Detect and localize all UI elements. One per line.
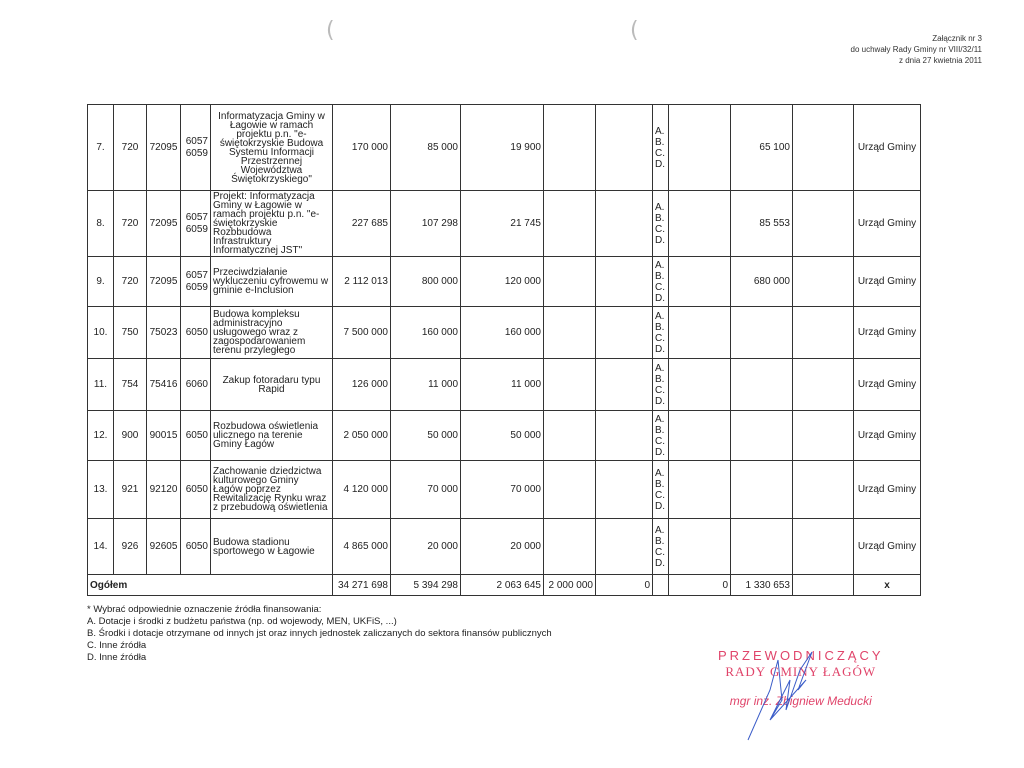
row-task-name: Budowa kompleksu administracyjno usługow… bbox=[211, 307, 333, 359]
row-col-e bbox=[669, 461, 731, 519]
row-col-e bbox=[669, 519, 731, 575]
totals-label: Ogółem bbox=[88, 575, 333, 596]
row-col-b: 50 000 bbox=[461, 411, 544, 461]
row-col-f: 680 000 bbox=[731, 257, 793, 307]
row-col-e bbox=[669, 307, 731, 359]
totals-col-a: 5 394 298 bbox=[391, 575, 461, 596]
row-col-f: 85 553 bbox=[731, 191, 793, 257]
row-col-e bbox=[669, 191, 731, 257]
table-row: 10.750750236050Budowa kompleksu administ… bbox=[88, 307, 921, 359]
row-col-b: 70 000 bbox=[461, 461, 544, 519]
row-paragraf: 6060 bbox=[181, 359, 211, 411]
row-lp: 12. bbox=[88, 411, 114, 461]
row-dzial: 720 bbox=[114, 257, 147, 307]
resolution-reference: do uchwały Rady Gminy nr VIII/32/11 bbox=[851, 44, 982, 55]
row-col-d bbox=[596, 307, 653, 359]
row-sources: A. B. C. D. bbox=[653, 105, 669, 191]
row-task-name: Projekt: Informatyzacja Gminy w Łagowie … bbox=[211, 191, 333, 257]
row-col-b: 120 000 bbox=[461, 257, 544, 307]
row-paragraf: 6057 6059 bbox=[181, 191, 211, 257]
row-col-f bbox=[731, 359, 793, 411]
row-col-b: 160 000 bbox=[461, 307, 544, 359]
row-lp: 8. bbox=[88, 191, 114, 257]
row-task-name: Zachowanie dziedzictwa kulturowego Gminy… bbox=[211, 461, 333, 519]
row-task-name: Zakup fotoradaru typu Rapid bbox=[211, 359, 333, 411]
totals-col-g bbox=[793, 575, 854, 596]
table-row: 8.720720956057 6059Projekt: Informatyzac… bbox=[88, 191, 921, 257]
row-dzial: 720 bbox=[114, 191, 147, 257]
row-sources: A. B. C. D. bbox=[653, 257, 669, 307]
row-task-name: Przeciwdziałanie wykluczeniu cyfrowemu w… bbox=[211, 257, 333, 307]
note-line: D. Inne źródła bbox=[87, 652, 552, 664]
row-col-c bbox=[544, 191, 596, 257]
row-col-g bbox=[793, 359, 854, 411]
row-total: 2 112 013 bbox=[333, 257, 391, 307]
row-col-b: 19 900 bbox=[461, 105, 544, 191]
document-header: Załącznik nr 3 do uchwały Rady Gminy nr … bbox=[851, 33, 982, 66]
row-unit: Urząd Gminy bbox=[854, 307, 921, 359]
row-unit: Urząd Gminy bbox=[854, 411, 921, 461]
row-col-a: 70 000 bbox=[391, 461, 461, 519]
row-col-d bbox=[596, 191, 653, 257]
row-paragraf: 6057 6059 bbox=[181, 105, 211, 191]
totals-col-f: 1 330 653 bbox=[731, 575, 793, 596]
row-task-name: Informatyzacja Gminy w Łagowie w ramach … bbox=[211, 105, 333, 191]
row-paragraf: 6050 bbox=[181, 411, 211, 461]
row-col-c bbox=[544, 461, 596, 519]
row-col-c bbox=[544, 307, 596, 359]
row-total: 170 000 bbox=[333, 105, 391, 191]
row-paragraf: 6050 bbox=[181, 461, 211, 519]
row-task-name: Rozbudowa oświetlenia ulicznego na teren… bbox=[211, 411, 333, 461]
totals-col-e: 0 bbox=[669, 575, 731, 596]
row-rozdzial: 72095 bbox=[147, 257, 181, 307]
row-col-d bbox=[596, 519, 653, 575]
note-line: A. Dotacje i środki z budżetu państwa (n… bbox=[87, 616, 552, 628]
row-col-e bbox=[669, 105, 731, 191]
row-col-f bbox=[731, 461, 793, 519]
row-rozdzial: 75416 bbox=[147, 359, 181, 411]
row-col-a: 160 000 bbox=[391, 307, 461, 359]
row-col-f bbox=[731, 519, 793, 575]
row-col-g bbox=[793, 307, 854, 359]
row-col-d bbox=[596, 411, 653, 461]
row-rozdzial: 90015 bbox=[147, 411, 181, 461]
table-row: 14.926926056050Budowa stadionu sportoweg… bbox=[88, 519, 921, 575]
totals-total: 34 271 698 bbox=[333, 575, 391, 596]
totals-col-b: 2 063 645 bbox=[461, 575, 544, 596]
row-sources: A. B. C. D. bbox=[653, 191, 669, 257]
signature-icon bbox=[740, 640, 860, 750]
row-col-e bbox=[669, 411, 731, 461]
totals-row: Ogółem 34 271 698 5 394 298 2 063 645 2 … bbox=[88, 575, 921, 596]
totals-unit: x bbox=[854, 575, 921, 596]
table-row: 12.900900156050Rozbudowa oświetlenia uli… bbox=[88, 411, 921, 461]
row-unit: Urząd Gminy bbox=[854, 105, 921, 191]
table-row: 9.720720956057 6059Przeciwdziałanie wykl… bbox=[88, 257, 921, 307]
row-col-a: 20 000 bbox=[391, 519, 461, 575]
margin-mark-right: ( bbox=[630, 18, 639, 43]
row-dzial: 921 bbox=[114, 461, 147, 519]
row-lp: 10. bbox=[88, 307, 114, 359]
row-col-a: 107 298 bbox=[391, 191, 461, 257]
row-col-a: 800 000 bbox=[391, 257, 461, 307]
totals-col-d: 0 bbox=[596, 575, 653, 596]
row-lp: 14. bbox=[88, 519, 114, 575]
row-col-g bbox=[793, 105, 854, 191]
row-col-d bbox=[596, 461, 653, 519]
note-line: * Wybrać odpowiednie oznaczenie źródła f… bbox=[87, 604, 552, 616]
row-total: 4 120 000 bbox=[333, 461, 391, 519]
row-col-b: 11 000 bbox=[461, 359, 544, 411]
row-lp: 7. bbox=[88, 105, 114, 191]
totals-col-c: 2 000 000 bbox=[544, 575, 596, 596]
row-col-g bbox=[793, 519, 854, 575]
row-col-a: 11 000 bbox=[391, 359, 461, 411]
row-col-a: 50 000 bbox=[391, 411, 461, 461]
row-col-b: 21 745 bbox=[461, 191, 544, 257]
note-line: B. Środki i dotacje otrzymane od innych … bbox=[87, 628, 552, 640]
row-sources: A. B. C. D. bbox=[653, 461, 669, 519]
row-col-d bbox=[596, 359, 653, 411]
row-col-d bbox=[596, 257, 653, 307]
row-sources: A. B. C. D. bbox=[653, 359, 669, 411]
row-unit: Urząd Gminy bbox=[854, 257, 921, 307]
row-rozdzial: 92120 bbox=[147, 461, 181, 519]
row-unit: Urząd Gminy bbox=[854, 519, 921, 575]
row-col-c bbox=[544, 105, 596, 191]
row-dzial: 750 bbox=[114, 307, 147, 359]
row-total: 2 050 000 bbox=[333, 411, 391, 461]
row-col-g bbox=[793, 411, 854, 461]
row-total: 4 865 000 bbox=[333, 519, 391, 575]
row-col-c bbox=[544, 519, 596, 575]
annex-number: Załącznik nr 3 bbox=[851, 33, 982, 44]
row-paragraf: 6050 bbox=[181, 519, 211, 575]
row-sources: A. B. C. D. bbox=[653, 411, 669, 461]
note-line: C. Inne źródła bbox=[87, 640, 552, 652]
row-col-f bbox=[731, 307, 793, 359]
row-col-c bbox=[544, 411, 596, 461]
row-lp: 11. bbox=[88, 359, 114, 411]
row-col-e bbox=[669, 359, 731, 411]
table-row: 11.754754166060Zakup fotoradaru typu Rap… bbox=[88, 359, 921, 411]
row-col-f bbox=[731, 411, 793, 461]
row-sources: A. B. C. D. bbox=[653, 307, 669, 359]
resolution-date: z dnia 27 kwietnia 2011 bbox=[851, 55, 982, 66]
row-col-f: 65 100 bbox=[731, 105, 793, 191]
row-dzial: 720 bbox=[114, 105, 147, 191]
row-col-g bbox=[793, 461, 854, 519]
row-col-a: 85 000 bbox=[391, 105, 461, 191]
table-row: 7.720720956057 6059Informatyzacja Gminy … bbox=[88, 105, 921, 191]
totals-sources bbox=[653, 575, 669, 596]
row-col-b: 20 000 bbox=[461, 519, 544, 575]
row-paragraf: 6057 6059 bbox=[181, 257, 211, 307]
financing-notes: * Wybrać odpowiednie oznaczenie źródła f… bbox=[87, 604, 552, 664]
row-lp: 13. bbox=[88, 461, 114, 519]
row-col-g bbox=[793, 191, 854, 257]
row-unit: Urząd Gminy bbox=[854, 191, 921, 257]
row-task-name: Budowa stadionu sportowego w Łagowie bbox=[211, 519, 333, 575]
row-dzial: 900 bbox=[114, 411, 147, 461]
row-col-c bbox=[544, 359, 596, 411]
margin-mark-left: ( bbox=[326, 18, 335, 43]
row-col-d bbox=[596, 105, 653, 191]
row-rozdzial: 75023 bbox=[147, 307, 181, 359]
row-dzial: 754 bbox=[114, 359, 147, 411]
row-rozdzial: 92605 bbox=[147, 519, 181, 575]
investment-table: 7.720720956057 6059Informatyzacja Gminy … bbox=[87, 104, 921, 596]
row-unit: Urząd Gminy bbox=[854, 461, 921, 519]
table-row: 13.921921206050Zachowanie dziedzictwa ku… bbox=[88, 461, 921, 519]
row-unit: Urząd Gminy bbox=[854, 359, 921, 411]
row-rozdzial: 72095 bbox=[147, 191, 181, 257]
row-total: 126 000 bbox=[333, 359, 391, 411]
row-total: 7 500 000 bbox=[333, 307, 391, 359]
row-paragraf: 6050 bbox=[181, 307, 211, 359]
row-lp: 9. bbox=[88, 257, 114, 307]
row-col-c bbox=[544, 257, 596, 307]
row-sources: A. B. C. D. bbox=[653, 519, 669, 575]
row-total: 227 685 bbox=[333, 191, 391, 257]
row-dzial: 926 bbox=[114, 519, 147, 575]
row-rozdzial: 72095 bbox=[147, 105, 181, 191]
row-col-e bbox=[669, 257, 731, 307]
row-col-g bbox=[793, 257, 854, 307]
